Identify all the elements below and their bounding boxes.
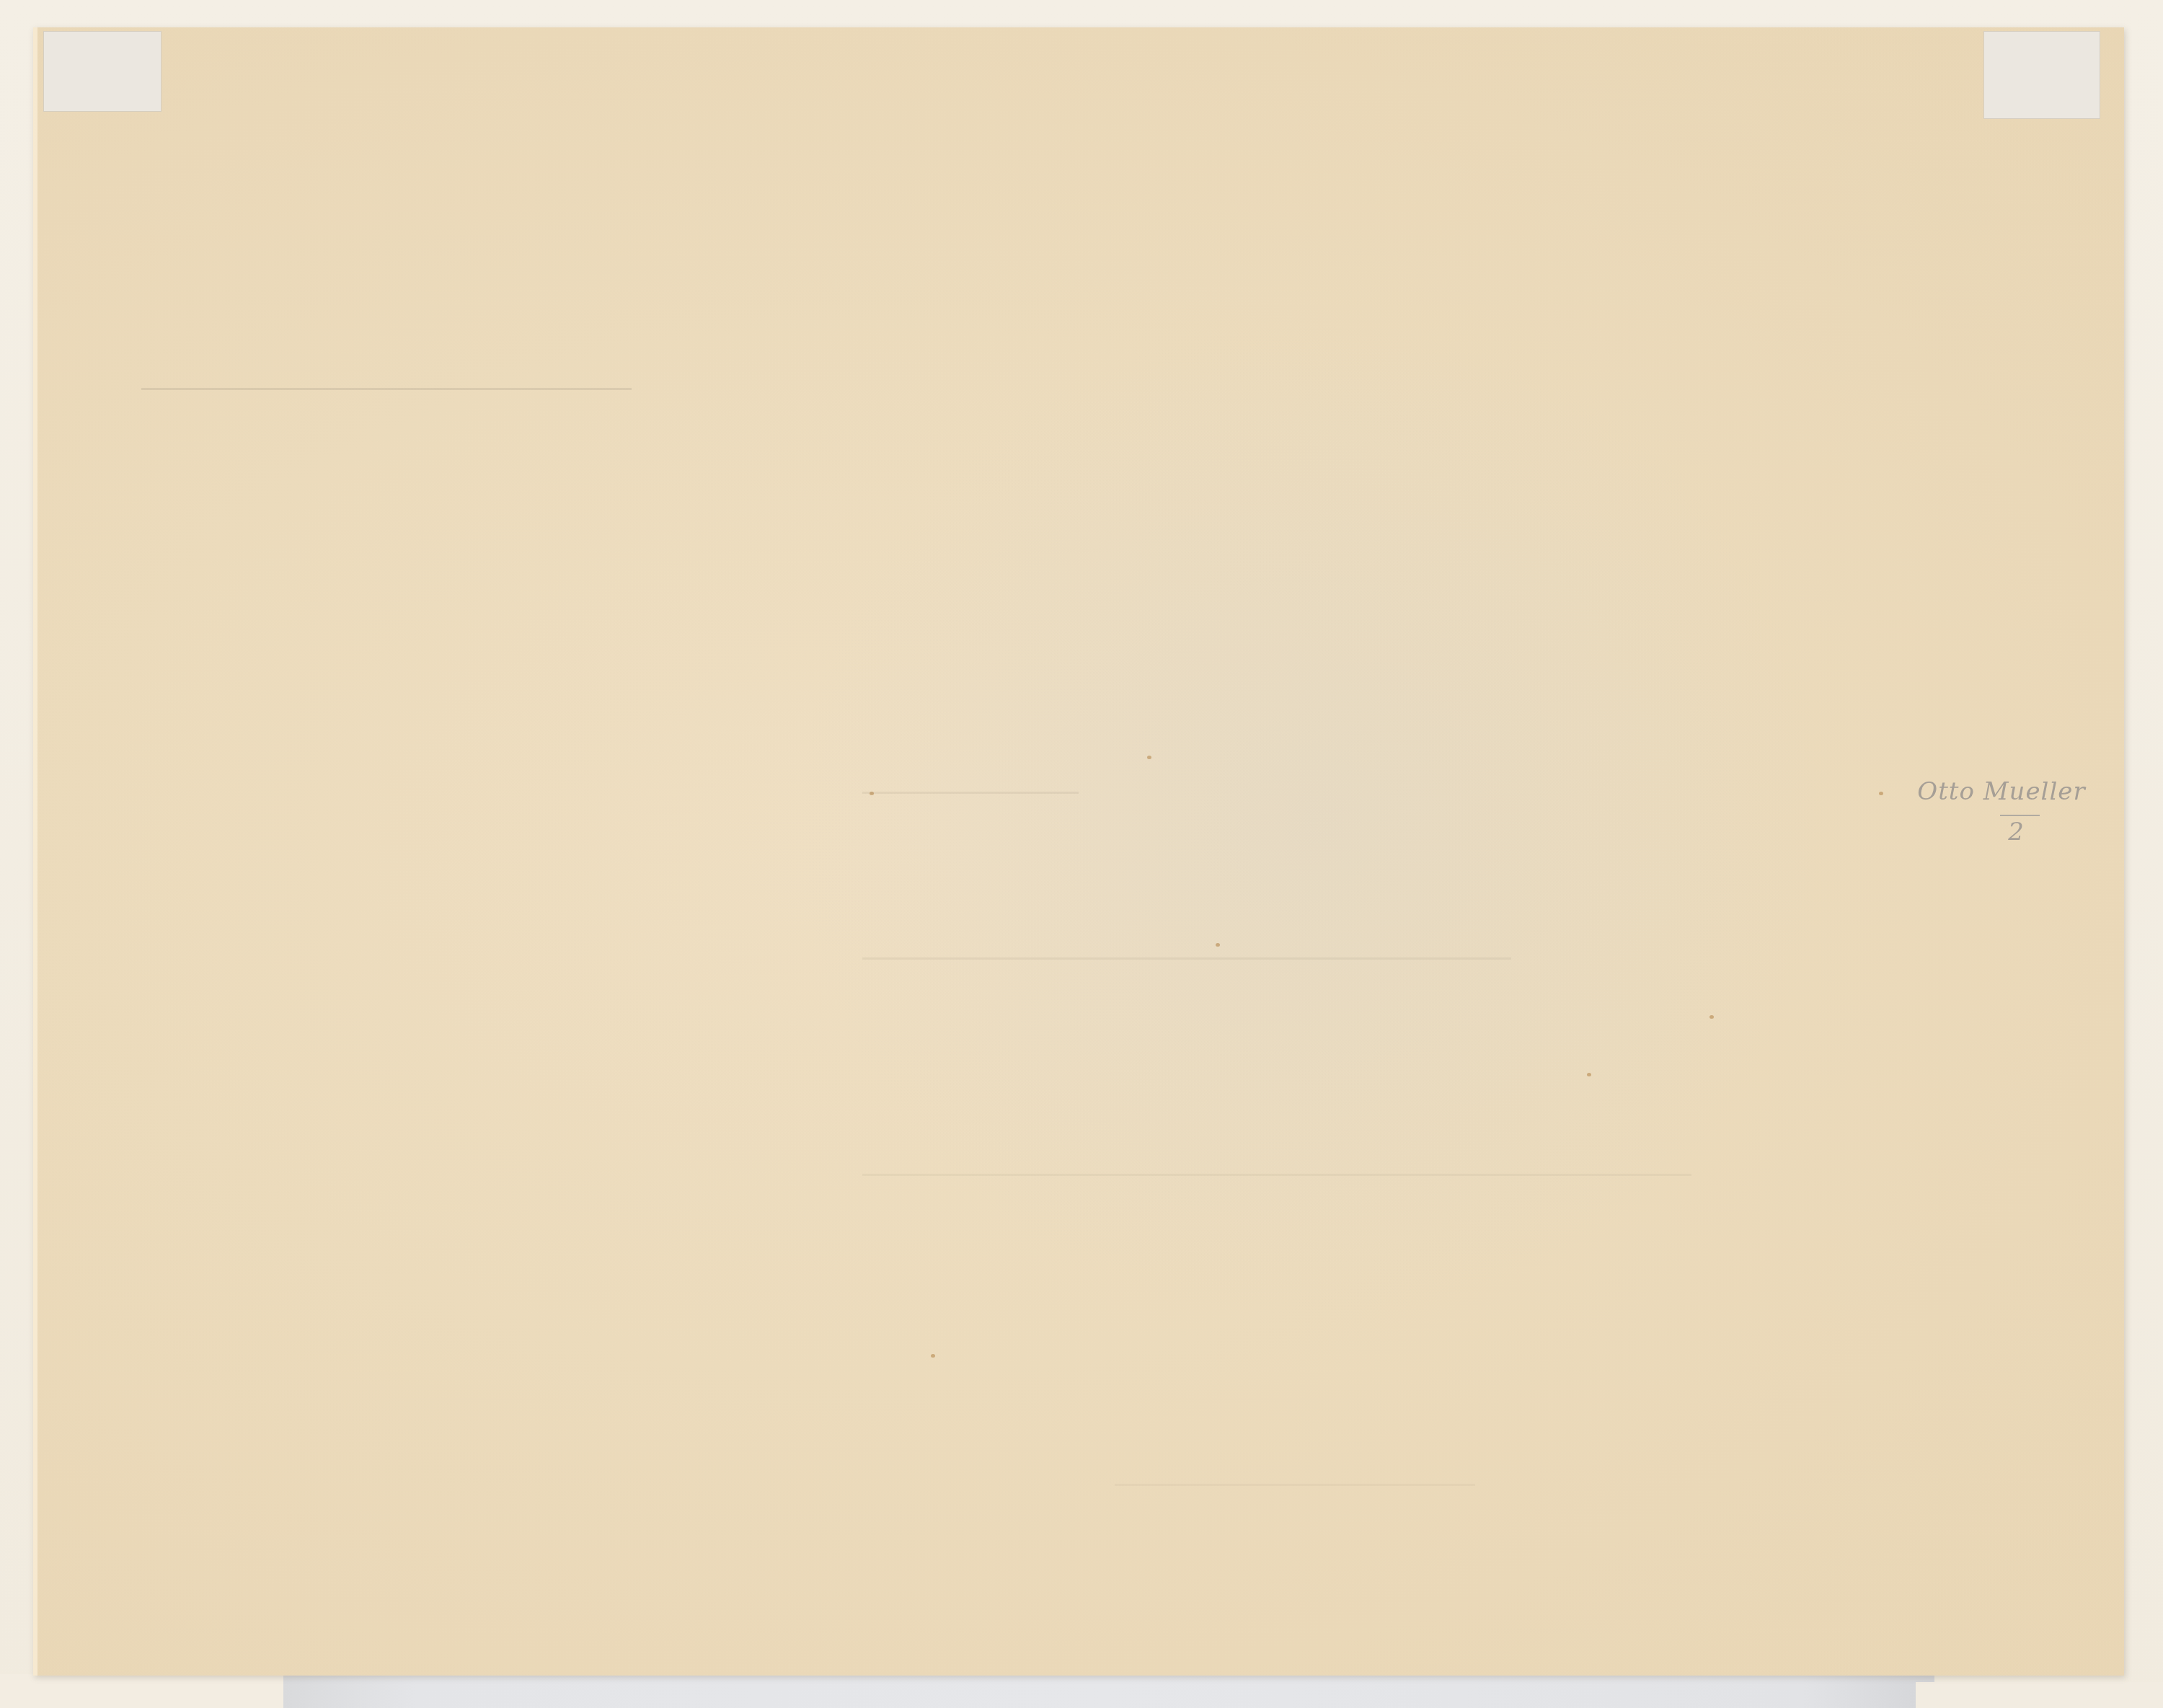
foxing-spot <box>1879 792 1883 795</box>
foxing-spot <box>870 792 874 795</box>
show-through-line <box>862 957 1511 960</box>
inscription-rule <box>2000 815 2040 816</box>
foxing-spot <box>1709 1015 1714 1019</box>
show-through-line <box>1115 1484 1475 1486</box>
foxing-spot <box>1216 943 1220 947</box>
foxing-spot <box>931 1354 935 1358</box>
show-through-line <box>862 1174 1691 1176</box>
lower-mount-strip-right <box>1916 1682 2163 1708</box>
show-through-line <box>862 792 1079 794</box>
inscription-name: Otto Mueller <box>1908 777 2095 806</box>
foxing-spot <box>1147 756 1151 759</box>
mount-board: Otto Mueller 2 <box>0 0 2163 1708</box>
sheet-edge <box>33 27 37 1676</box>
mount-gap <box>283 1676 1934 1708</box>
tape-hinge-right <box>1983 31 2100 119</box>
foxing-spot <box>1587 1073 1591 1076</box>
paper-sheet-verso: Otto Mueller 2 <box>33 27 2124 1676</box>
inscription-number: 2 <box>1937 818 2095 846</box>
show-through-line <box>141 388 632 390</box>
pencil-inscription: Otto Mueller 2 <box>1908 777 2095 846</box>
tape-hinge-left <box>43 31 162 112</box>
lower-mount-strip-left <box>0 1674 283 1708</box>
